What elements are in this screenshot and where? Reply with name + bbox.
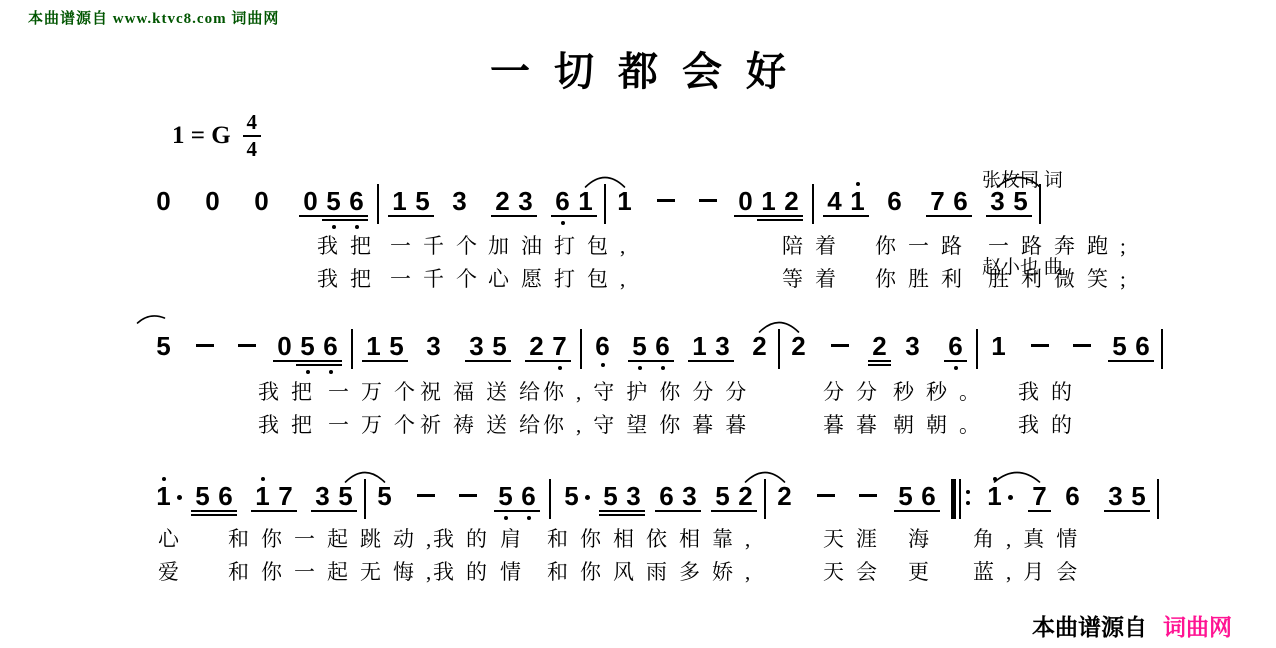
duration-dash xyxy=(196,344,214,347)
lyric-row-4: 我把一万个祈祷送给你,守望你暮暮暮暮朝朝。我的 xyxy=(0,412,1276,438)
note: 3 xyxy=(314,483,331,509)
note: 5 xyxy=(337,483,354,509)
lyric-segment: 爱 xyxy=(158,559,191,585)
note: 3 xyxy=(1107,483,1124,509)
note: 3 xyxy=(451,188,468,214)
note: 3 xyxy=(714,333,731,359)
duration-dash xyxy=(238,344,256,347)
lyric-segment: 等着 xyxy=(782,266,848,292)
note: 6 xyxy=(348,188,365,214)
barline xyxy=(549,479,551,519)
note: 6 xyxy=(952,188,969,214)
lyric-segment: 朝朝。 xyxy=(893,412,992,438)
barline xyxy=(377,184,379,224)
lyric-segment: 你一路 xyxy=(875,233,974,259)
rest-note: 0 xyxy=(155,188,172,214)
note: 5 xyxy=(414,188,431,214)
lyric-segment: 一路奔跑; xyxy=(988,233,1138,259)
octave-down-dot xyxy=(638,366,642,370)
lyric-segment: 和你一起无悔, xyxy=(228,559,443,585)
lyric-segment: 祈祷送给 xyxy=(420,412,552,438)
barline xyxy=(812,184,814,224)
note: 5 xyxy=(194,483,211,509)
credits: 张枚同 词 赵小也 曲 xyxy=(982,108,1063,340)
source-watermark-top: 本曲谱源自 www.ktvc8.com 词曲网 xyxy=(28,7,279,28)
note: 5 xyxy=(631,333,648,359)
time-signature-denominator: 4 xyxy=(246,139,257,160)
note: 6 xyxy=(654,333,671,359)
lyric-segment: 我把 xyxy=(258,412,324,438)
barline xyxy=(976,329,978,369)
note: 6 xyxy=(554,188,571,214)
note: 3 xyxy=(425,333,442,359)
note: 6 xyxy=(1134,333,1151,359)
note: 6 xyxy=(1064,483,1081,509)
lyric-segment: 我把 xyxy=(258,379,324,405)
lyric-row-1: 我把一千个加油打包,陪着你一路一路奔跑; xyxy=(0,233,1276,259)
octave-down-dot xyxy=(561,221,565,225)
duration-dash xyxy=(817,494,835,497)
rest-note: 0 xyxy=(737,188,754,214)
note: 1 xyxy=(691,333,708,359)
octave-down-dot xyxy=(306,370,310,374)
note: 1 xyxy=(849,188,866,214)
barline xyxy=(364,479,366,519)
note: 6 xyxy=(658,483,675,509)
lyric-segment: 和你风雨多娇, xyxy=(547,559,762,585)
note: 7 xyxy=(551,333,568,359)
lyric-segment: 天会 xyxy=(823,559,889,585)
lyric-row-2: 我把一千个心愿打包,等着你胜利胜利微笑; xyxy=(0,266,1276,292)
duration-dash xyxy=(699,199,717,202)
lyric-row-3: 我把一万个祝福送给你,守护你分分分分秒秒。我的 xyxy=(0,379,1276,405)
note: 2 xyxy=(528,333,545,359)
lyric-segment: 祝福送给 xyxy=(420,379,552,405)
note: 5 xyxy=(897,483,914,509)
note: 3 xyxy=(681,483,698,509)
note: 3 xyxy=(468,333,485,359)
lyric-segment: 我的 xyxy=(1018,379,1084,405)
duration-dash xyxy=(859,494,877,497)
time-signature-numerator: 4 xyxy=(246,112,257,133)
lyric-segment: 胜利微笑; xyxy=(988,266,1138,292)
barline xyxy=(1039,184,1041,224)
duration-dash xyxy=(1031,344,1049,347)
duration-dash xyxy=(657,199,675,202)
note: 7 xyxy=(277,483,294,509)
lyric-segment: 我的 xyxy=(1018,412,1084,438)
octave-down-dot xyxy=(954,366,958,370)
time-signature: 4 4 xyxy=(243,112,261,160)
lyric-segment: 我的 xyxy=(433,559,499,585)
barline xyxy=(1157,479,1159,519)
octave-down-dot xyxy=(329,370,333,374)
octave-down-dot xyxy=(558,366,562,370)
notation-line-3: 1561735556553635225617635 xyxy=(155,483,1159,509)
note: 3 xyxy=(904,333,921,359)
note: 5 xyxy=(155,333,172,359)
note: 7 xyxy=(929,188,946,214)
octave-up-dot xyxy=(261,477,265,481)
note: 5 xyxy=(325,188,342,214)
note: 1 xyxy=(391,188,408,214)
notation-line-1: 000056153236110124167635 xyxy=(155,188,1041,214)
note: 6 xyxy=(520,483,537,509)
note: 1 xyxy=(577,188,594,214)
lyric-segment: 你,守望你暮暮 xyxy=(543,412,758,438)
augmentation-dot xyxy=(585,495,590,500)
barline xyxy=(351,329,353,369)
barline xyxy=(580,329,582,369)
lyric-segment: 一万个 xyxy=(328,412,427,438)
lyric-row-6: 爱和你一起无悔,我的情和你风雨多娇,天会更蓝,月会 xyxy=(0,559,1276,585)
note: 5 xyxy=(563,483,580,509)
note: 5 xyxy=(1012,188,1029,214)
lyric-segment: 加油打包, xyxy=(488,233,637,259)
note: 3 xyxy=(989,188,1006,214)
lyric-segment: 心 xyxy=(158,526,191,552)
source-watermark-bottom: 本曲谱源自 词曲网 xyxy=(1032,609,1232,642)
note: 1 xyxy=(365,333,382,359)
note: 3 xyxy=(625,483,642,509)
notation-line-2: 505615335276561322236156 xyxy=(155,333,1163,359)
note: 3 xyxy=(517,188,534,214)
repeat-start-sign xyxy=(951,479,970,519)
note: 2 xyxy=(776,483,793,509)
rest-note: 0 xyxy=(204,188,221,214)
note: 5 xyxy=(376,483,393,509)
lyric-segment: 陪着 xyxy=(782,233,848,259)
octave-down-dot xyxy=(527,516,531,520)
note: 5 xyxy=(388,333,405,359)
lyric-segment: 我把 xyxy=(317,266,383,292)
octave-up-dot xyxy=(856,182,860,186)
lyric-segment: 分分 xyxy=(823,379,889,405)
note: 4 xyxy=(826,188,843,214)
note: 1 xyxy=(616,188,633,214)
lyric-segment: 秒秒。 xyxy=(893,379,992,405)
augmentation-dot xyxy=(1008,495,1013,500)
barline xyxy=(604,184,606,224)
note: 7 xyxy=(1031,483,1048,509)
lyric-segment: 我把 xyxy=(317,233,383,259)
note: 1 xyxy=(254,483,271,509)
octave-up-dot xyxy=(162,477,166,481)
note: 5 xyxy=(1111,333,1128,359)
note: 6 xyxy=(322,333,339,359)
augmentation-dot xyxy=(177,495,182,500)
octave-down-dot xyxy=(355,225,359,229)
barline xyxy=(1161,329,1163,369)
note: 1 xyxy=(760,188,777,214)
lyric-segment: 肩 xyxy=(500,526,533,552)
key-tonic: 1 = G xyxy=(172,122,231,150)
barline xyxy=(778,329,780,369)
lyric-segment: 我的 xyxy=(433,526,499,552)
octave-down-dot xyxy=(661,366,665,370)
note: 5 xyxy=(299,333,316,359)
lyric-segment: 暮暮 xyxy=(823,412,889,438)
note: 2 xyxy=(751,333,768,359)
note: 1 xyxy=(155,483,172,509)
octave-down-dot xyxy=(504,516,508,520)
lyric-segment: 和你相依相靠, xyxy=(547,526,762,552)
rest-note: 0 xyxy=(302,188,319,214)
octave-down-dot xyxy=(601,363,605,367)
lyric-segment: 天涯 xyxy=(823,526,889,552)
note: 6 xyxy=(947,333,964,359)
barline xyxy=(764,479,766,519)
lyric-segment: 一千个 xyxy=(390,233,489,259)
duration-dash xyxy=(417,494,435,497)
key-signature: 1 = G 4 4 xyxy=(172,112,261,160)
note: 2 xyxy=(790,333,807,359)
lyric-segment: 角,真情 xyxy=(973,526,1089,552)
footer-prefix: 本曲谱源自 xyxy=(1032,609,1147,642)
note: 2 xyxy=(871,333,888,359)
note: 2 xyxy=(494,188,511,214)
duration-dash xyxy=(1073,344,1091,347)
tie-arc xyxy=(138,316,165,323)
note: 2 xyxy=(783,188,800,214)
note: 5 xyxy=(491,333,508,359)
rest-note: 0 xyxy=(253,188,270,214)
note: 6 xyxy=(886,188,903,214)
note: 5 xyxy=(602,483,619,509)
lyric-segment: 蓝,月会 xyxy=(973,559,1089,585)
lyric-segment: 海 xyxy=(908,526,941,552)
lyric-segment: 心愿打包, xyxy=(488,266,637,292)
rest-note: 0 xyxy=(276,333,293,359)
lyric-row-5: 心和你一起跳动,我的肩和你相依相靠,天涯海角,真情 xyxy=(0,526,1276,552)
lyric-segment: 你,守护你分分 xyxy=(543,379,758,405)
lyric-segment: 一万个 xyxy=(328,379,427,405)
duration-dash xyxy=(459,494,477,497)
lyric-segment: 情 xyxy=(500,559,533,585)
duration-dash xyxy=(831,344,849,347)
page-title: 一切都会好 xyxy=(0,40,1276,97)
note: 6 xyxy=(217,483,234,509)
note: 6 xyxy=(920,483,937,509)
lyric-segment: 更 xyxy=(908,559,941,585)
note: 2 xyxy=(737,483,754,509)
octave-up-dot xyxy=(993,477,997,481)
footer-brand: 词曲网 xyxy=(1163,609,1232,642)
lyric-segment: 你胜利 xyxy=(875,266,974,292)
lyric-segment: 和你一起跳动, xyxy=(228,526,443,552)
score-sheet: 本曲谱源自 www.ktvc8.com 词曲网 一切都会好 1 = G 4 4 … xyxy=(0,0,1276,648)
note: 5 xyxy=(714,483,731,509)
note: 1 xyxy=(986,483,1003,509)
lyric-segment: 一千个 xyxy=(390,266,489,292)
note: 6 xyxy=(594,333,611,359)
note: 5 xyxy=(497,483,514,509)
note: 1 xyxy=(990,333,1007,359)
note: 5 xyxy=(1130,483,1147,509)
octave-down-dot xyxy=(332,225,336,229)
